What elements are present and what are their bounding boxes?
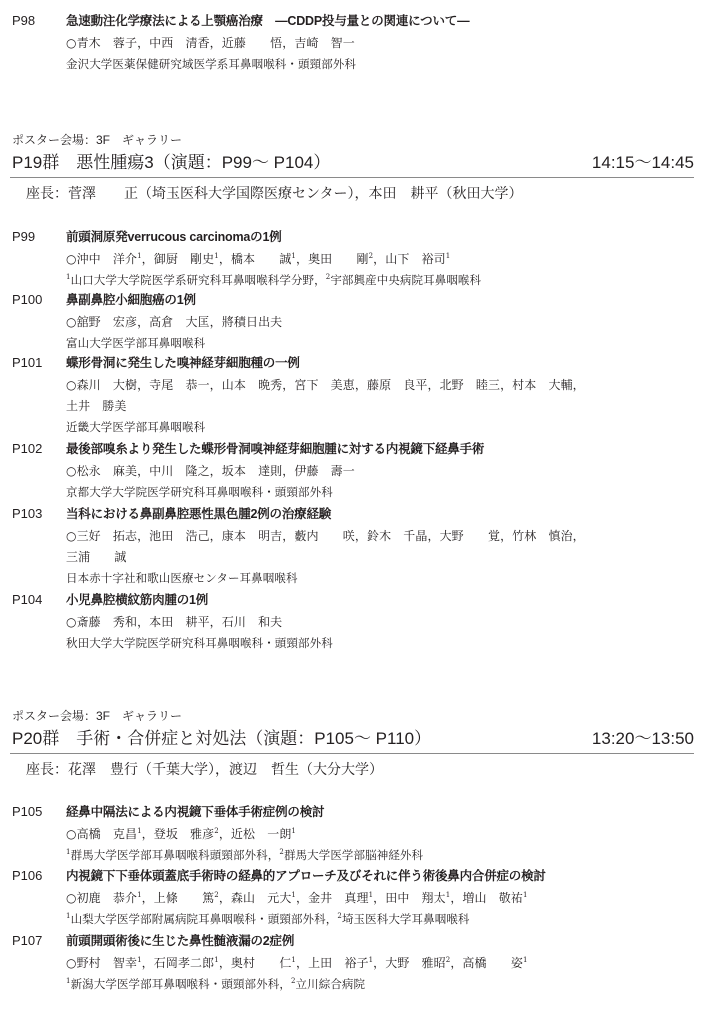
affil-text: 埼玉医科大学耳鼻咽喉科 — [342, 912, 470, 926]
abstract-title: 鼻副鼻腔小細胞癌の1例 — [66, 291, 686, 312]
abstract-authors: ○森川 大樹，寺尾 恭一，山本 晩秀，宮下 美恵，藤原 良平，北野 睦三，村本 … — [66, 375, 686, 396]
abstract-title: 小児鼻腔横紋筋肉腫の1例 — [66, 591, 686, 612]
session-venue: ポスター会場：3F ギャラリー — [12, 708, 182, 724]
abstract-title: 当科における鼻副鼻腔悪性黒色腫2例の治療経験 — [66, 505, 686, 526]
abstract-id: P99 — [12, 228, 35, 246]
abstract-title: 最後部嗅糸より発生した蝶形骨洞嗅神経芽細胞腫に対する内視鏡下経鼻手術 — [66, 440, 686, 461]
abstract-authors: ○松永 麻美，中川 隆之，坂本 達則，伊藤 壽一 — [66, 461, 686, 482]
author: ，近松 一朗 — [219, 827, 292, 841]
abstract-authors: ○高橋 克昌1，登坂 雅彦2，近松 一朗1 — [66, 824, 686, 845]
abstract-title: 内視鏡下下垂体頭蓋底手術時の経鼻的アプローチ及びそれに伴う術後鼻内合併症の検討 — [66, 867, 686, 888]
author: ，御厨 剛史 — [142, 252, 215, 266]
divider — [10, 753, 694, 754]
abstract-authors: ○斎藤 秀和，本田 耕平，石川 和夫 — [66, 612, 686, 633]
abstract-authors: ○沖中 洋介1，御厨 剛史1，橋本 誠1，奥田 剛2，山下 裕司1 — [66, 249, 686, 270]
session-title: P20群 手術・合併症と対処法（演題：P105～ P110） — [12, 728, 431, 750]
abstract-affiliation: 京都大学大学院医学研究科耳鼻咽喉科・頭頸部外科 — [66, 482, 686, 503]
abstract-authors: ○野村 智幸1，石岡孝二郎1，奥村 仁1，上田 裕子1，大野 雅昭2，高橋 姿1 — [66, 953, 686, 974]
abstract-affiliation: 1山梨大学医学部附属病院耳鼻咽喉科・頭頸部外科，2埼玉医科大学耳鼻咽喉科 — [66, 909, 686, 930]
abstract-id: P101 — [12, 354, 42, 372]
session-time: 14:15～14:45 — [592, 152, 694, 174]
abstract-authors-continued: 土井 勝美 — [66, 396, 686, 417]
session-venue: ポスター会場：3F ギャラリー — [12, 132, 182, 148]
session-time: 13:20～13:50 — [592, 728, 694, 750]
author: ○初鹿 恭介 — [66, 891, 137, 905]
abstract-id: P104 — [12, 591, 42, 609]
author: ，山下 裕司 — [373, 252, 446, 266]
abstract-id: P98 — [12, 12, 35, 30]
affil-text: 群馬大学医学部脳神経外科 — [284, 848, 423, 862]
abstract-id: P100 — [12, 291, 42, 309]
abstract-id: P106 — [12, 867, 42, 885]
abstract-authors: ○舘野 宏彦，高倉 大匡，將積日出夫 — [66, 312, 686, 333]
abstract-title: 経鼻中隔法による内視鏡下垂体手術症例の検討 — [66, 803, 686, 824]
affil-text: 群馬大学医学部耳鼻咽喉科頭頸部外科， — [71, 848, 280, 862]
abstract-affiliation: 秋田大学大学院医学研究科耳鼻咽喉科・頭頸部外科 — [66, 633, 686, 654]
abstract-title: 前頭洞原発verrucous carcinomaの1例 — [66, 228, 686, 249]
abstract-id: P105 — [12, 803, 42, 821]
author: ，田中 翔太 — [373, 891, 446, 905]
author: ，上條 篤 — [142, 891, 215, 905]
affil-mark: 1 — [446, 252, 451, 260]
author: ，増山 敬祐 — [450, 891, 523, 905]
affil-text: 新潟大学医学部耳鼻咽喉科・頭頸部外科， — [71, 977, 291, 991]
author: ，橋本 誠 — [219, 252, 292, 266]
abstract-id: P107 — [12, 932, 42, 950]
session-title: P19群 悪性腫瘍3（演題：P99～ P104） — [12, 152, 330, 174]
author: ，上田 裕子 — [296, 956, 369, 970]
abstract-affiliation: 日本赤十字社和歌山医療センター耳鼻咽喉科 — [66, 568, 686, 589]
author: ，高橋 姿 — [450, 956, 523, 970]
affil-mark: 1 — [291, 827, 296, 835]
abstract-id: P102 — [12, 440, 42, 458]
author: ，奥田 剛 — [296, 252, 369, 266]
affil-mark: 1 — [523, 891, 528, 899]
session-chair: 座長：花澤 豊行（千葉大学），渡辺 哲生（大分大学） — [26, 759, 383, 779]
abstract-affiliation: 1群馬大学医学部耳鼻咽喉科頭頸部外科，2群馬大学医学部脳神経外科 — [66, 845, 686, 866]
abstract-authors: ○初鹿 恭介1，上條 篤2，森山 元大1，金井 真理1，田中 翔太1，増山 敬祐… — [66, 888, 686, 909]
affil-text: 宇部興産中央病院耳鼻咽喉科 — [330, 273, 481, 287]
abstract-title: 前頭開頭術後に生じた鼻性髄液漏の2症例 — [66, 932, 686, 953]
author: ，奥村 仁 — [219, 956, 292, 970]
author: ，石岡孝二郎 — [142, 956, 215, 970]
abstract-title: 急速動注化学療法による上顎癌治療 ―CDDP投与量との関連について― — [66, 12, 686, 33]
affil-mark: 1 — [523, 956, 528, 964]
abstract-affiliation: 1山口大学大学院医学系研究科耳鼻咽喉科学分野，2宇部興産中央病院耳鼻咽喉科 — [66, 270, 686, 291]
abstract-affiliation: 1新潟大学医学部耳鼻咽喉科・頭頸部外科，2立川綜合病院 — [66, 974, 686, 995]
author: ，登坂 雅彦 — [142, 827, 215, 841]
abstract-affiliation: 近畿大学医学部耳鼻咽喉科 — [66, 417, 686, 438]
author: ○高橋 克昌 — [66, 827, 137, 841]
author: ，大野 雅昭 — [373, 956, 446, 970]
affil-text: 立川綜合病院 — [296, 977, 366, 991]
divider — [10, 177, 694, 178]
author: ，金井 真理 — [296, 891, 369, 905]
author: ，森山 元大 — [219, 891, 292, 905]
abstract-authors: ○青木 蓉子，中西 清香，近藤 悟，吉崎 智一 — [66, 33, 686, 54]
affil-text: 山口大学大学院医学系研究科耳鼻咽喉科学分野， — [71, 273, 326, 287]
author: ○沖中 洋介 — [66, 252, 137, 266]
abstract-id: P103 — [12, 505, 42, 523]
session-chair: 座長：菅澤 正（埼玉医科大学国際医療センター），本田 耕平（秋田大学） — [26, 183, 522, 203]
affil-text: 山梨大学医学部附属病院耳鼻咽喉科・頭頸部外科， — [71, 912, 338, 926]
abstract-title: 蝶形骨洞に発生した嗅神経芽細胞種の一例 — [66, 354, 686, 375]
abstract-authors: ○三好 拓志，池田 浩己，康本 明吉，藪内 咲，鈴木 千晶，大野 覚，竹林 慎治… — [66, 526, 686, 547]
abstract-affiliation: 金沢大学医薬保健研究域医学系耳鼻咽喉科・頭頸部外科 — [66, 54, 686, 75]
author: ○野村 智幸 — [66, 956, 137, 970]
abstract-affiliation: 富山大学医学部耳鼻咽喉科 — [66, 333, 686, 354]
abstract-authors-continued: 三浦 誠 — [66, 547, 686, 568]
